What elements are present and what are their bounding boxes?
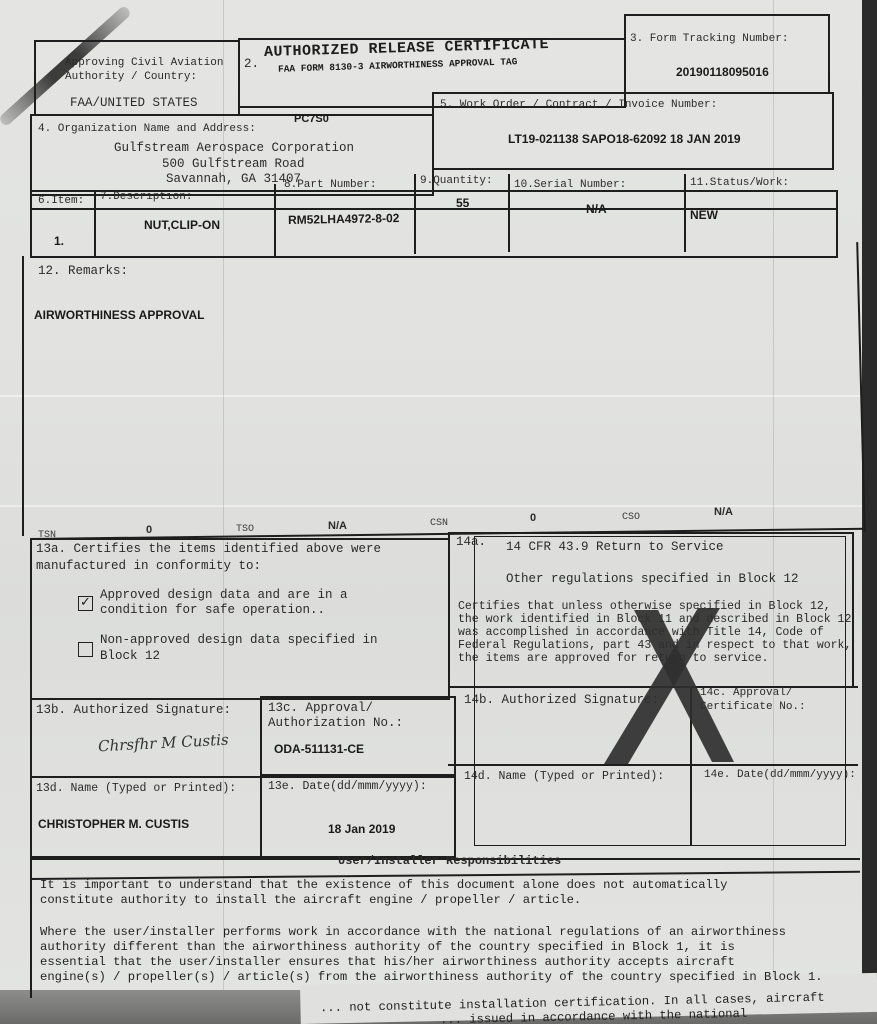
header-serial-number: 10.Serial Number: [514,178,626,192]
item-part-number: RM52LHA4972-8-02 [288,211,400,227]
block13a-label-2: manufactured in conformity to: [36,558,261,574]
block12-label: 12. Remarks: [38,263,128,279]
block13e-label: 13e. Date(dd/mmm/yyyy): [268,780,427,794]
block13b-label: 13b. Authorized Signature: [36,702,231,718]
csn-value: 0 [530,512,536,524]
cso-value: N/A [714,506,733,518]
item-status-work: NEW [690,208,718,222]
block3-label: 3. Form Tracking Number: [630,32,788,46]
authorized-name: CHRISTOPHER M. CUSTIS [38,817,189,831]
block13a-label: 13a. Certifies the items identified abov… [36,541,381,557]
block13d-label: 13d. Name (Typed or Printed): [36,782,236,796]
authorized-release-certificate: Approving Civil Aviation Authority / Cou… [20,12,850,992]
tso-label: TSO [236,524,254,535]
organization-code: PC7S0 [294,113,329,125]
header-quantity: 9.Quantity: [420,174,493,188]
block5-label: 5. Work Order / Contract / Invoice Numbe… [440,98,717,112]
return-to-service-option: 14 CFR 43.9 Return to Service [506,539,724,555]
block1-label: Approving Civil Aviation [65,56,223,70]
responsibilities-para1-line1: It is important to understand that the e… [40,878,728,893]
block14d-label: 14d. Name (Typed or Printed): [464,770,664,784]
organization-city: Savannah, GA 31407 [166,171,301,187]
responsibilities-para2-line2: authority different than the airworthine… [40,940,735,955]
item-number: 1. [54,234,64,248]
block1-label-2: Authority / Country: [65,70,197,84]
item-serial-number: N/A [586,202,607,216]
non-approved-design-data-label: Non-approved design data specified in [100,632,378,648]
block1-value: FAA/UNITED STATES [70,95,198,111]
block2-number: 2. [244,56,259,72]
header-item: 6.Item: [38,194,84,208]
approved-design-data-label: Approved design data and are in a [100,587,348,603]
header-description: 7.Description: [100,190,192,204]
organization-name: Gulfstream Aerospace Corporation [114,140,354,156]
organization-street: 500 Gulfstream Road [162,156,305,172]
block13c-label-2: Authorization No.: [268,715,403,731]
responsibilities-para2-line4: engine(s) / propeller(s) / article(s) fr… [40,970,823,985]
remarks-value: AIRWORTHINESS APPROVAL [34,308,204,322]
block13c-label: 13c. Approval/ [268,700,373,716]
responsibilities-heading: User/Installer Responsibilities [338,854,561,868]
block-3 [624,14,830,94]
item-description: NUT,CLIP-ON [144,218,220,232]
approval-number: ODA-511131-CE [274,742,364,756]
tso-value: N/A [328,520,347,532]
header-status-work: 11.Status/Work: [690,176,789,190]
void-x-mark [594,604,744,772]
approved-design-data-checkbox[interactable]: ✓ [78,596,93,611]
non-approved-design-data-label-2: Block 12 [100,648,160,664]
responsibilities-para1-line2: constitute authority to install the airc… [40,893,581,908]
header-part-number: 8.Part Number: [284,178,376,192]
form-tracking-number: 20190118095016 [676,65,769,79]
non-approved-design-data-checkbox[interactable] [78,642,93,657]
work-order-number: LT19-021138 SAPO18-62092 18 JAN 2019 [508,132,741,146]
approval-date: 18 Jan 2019 [328,822,395,836]
responsibilities-para2-line3: essential that the user/installer ensure… [40,955,735,970]
approved-design-data-label-2: condition for safe operation.. [100,602,325,618]
block4-label: 4. Organization Name and Address: [38,122,256,136]
tsn-value: 0 [146,524,152,536]
cso-label: CSO [622,512,640,523]
other-regulations-option: Other regulations specified in Block 12 [506,571,799,587]
item-quantity: 55 [456,196,469,210]
csn-label: CSN [430,518,448,529]
responsibilities-para2-line1: Where the user/installer performs work i… [40,925,786,940]
